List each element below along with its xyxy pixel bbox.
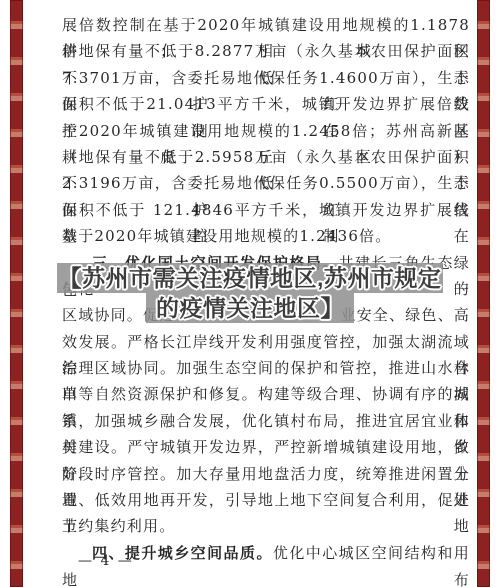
document-line: 耕地保有量不低于2.5958万亩（永久基本农田保护面积不低于 — [62, 144, 470, 170]
document-line: 阶段时序管控。加大存量用地盘活力度，统筹推进闲置土地处 — [62, 461, 470, 487]
document-line: 7.3701万亩，含委托易地代保任务1.4600万亩），生态保护红线 — [62, 65, 470, 91]
overlay-caption-line-1: 【苏州市需关注疫情地区,苏州市规定 — [57, 263, 443, 293]
document-line: 耕地保有量不低于8.2877万亩（永久基本农田保护面积不低于 — [62, 38, 470, 64]
scanned-document-page: { "page": { "background": "#ffffff", "fo… — [0, 0, 500, 587]
left-ornament-strip — [10, 0, 23, 587]
overlay-caption-line-2: 的疫情关注地区】 — [146, 293, 354, 323]
line-fragment-right: 的 — [454, 276, 470, 302]
document-line: 展倍数控制在基于2020年城镇建设用地规模的1.1878倍；相城区 — [62, 12, 470, 38]
document-line: 2.3196万亩，含委托易地代保任务0.5500万亩），生态保护红线 — [62, 170, 470, 196]
document-line: 村建设。严守城镇开发边界，严控新增城镇建设用地，做好分 — [62, 434, 470, 460]
overlay-caption-banner: 【苏州市需关注疫情地区,苏州市规定 的疫情关注地区】 — [57, 263, 443, 323]
document-line: 系，加强城乡融合发展，优化镇村布局，推进宜居宜业和美乡 — [62, 408, 470, 434]
document-line: 面积不低于21.0413平方千米，城镇开发边界扩展倍数控制在基 — [62, 91, 470, 117]
document-line: 面积不低于 121.4846平方千米，城镇开发边界扩展倍数控制在 — [62, 197, 470, 223]
document-line: 草等自然资源保护和修复。构建等级合理、协调有序的城镇体 — [62, 381, 470, 407]
document-line: 于2020年城镇建设用地规模的1.2458倍；苏州高新区（虎丘区） — [62, 118, 470, 144]
page-number: — 4 — — [78, 553, 134, 569]
document-line: 效发展。严格长江岸线开发利用强度管控，加强太湖流域综合 — [62, 329, 470, 355]
right-ornament-strip — [477, 0, 490, 587]
document-line: 治理区域协同。加强生态空间的保护和管控，推进山水林田湖 — [62, 355, 470, 381]
document-line: 置、低效用地再开发，引导地上地下空间复合利用，促进土地 — [62, 487, 470, 513]
